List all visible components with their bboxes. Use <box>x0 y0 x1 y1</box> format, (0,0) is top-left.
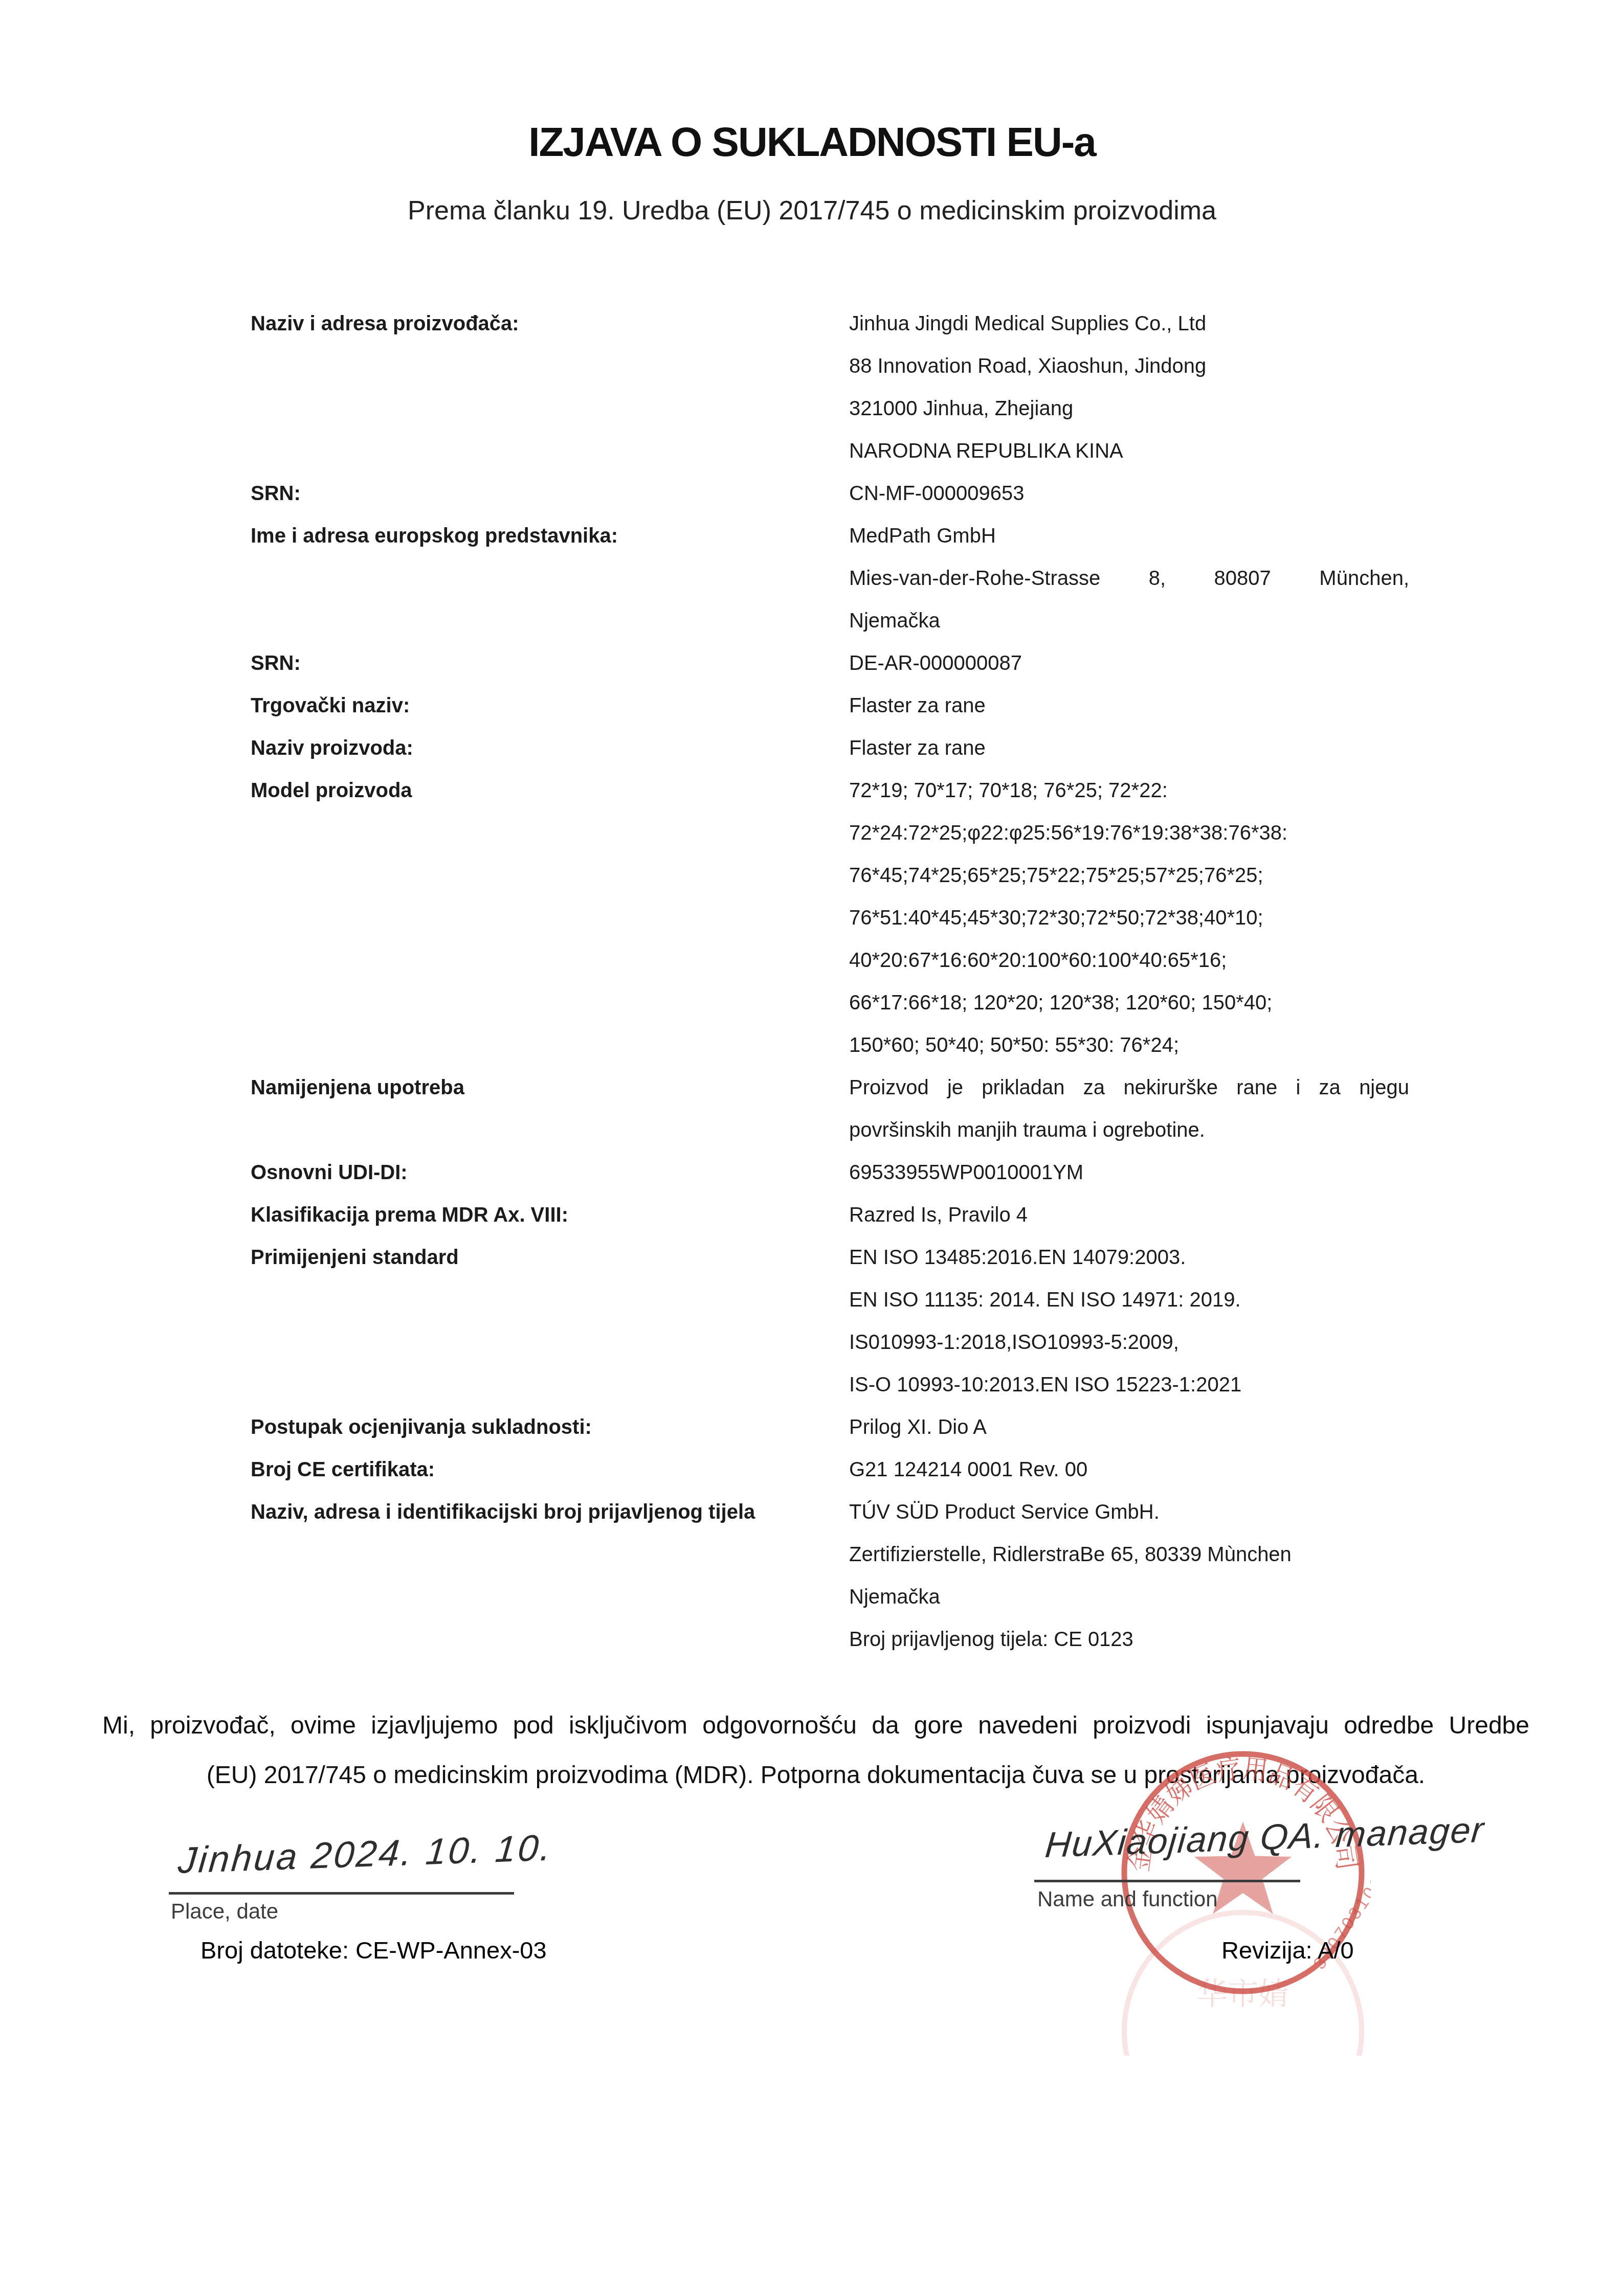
field-value-line: CN-MF-000009653 <box>849 472 1409 515</box>
field-values: DE-AR-000000087 <box>849 642 1409 685</box>
field-values: 69533955WP0010001YM <box>849 1152 1409 1194</box>
field-label: Model proizvoda <box>251 770 849 812</box>
field-value-line: 40*20:67*16:60*20:100*60:100*40:65*16; <box>849 939 1409 982</box>
field-value-line: 66*17:66*18; 120*20; 120*38; 120*60; 150… <box>849 982 1409 1024</box>
field-values: MedPath GmbHMies-van-der-Rohe-Strasse 8,… <box>849 515 1409 642</box>
field-value-line: Mies-van-der-Rohe-Strasse 8, 80807 Münch… <box>849 557 1409 600</box>
field-value-line: EN ISO 11135: 2014. EN ISO 14971: 2019. <box>849 1279 1409 1321</box>
name-function-signature: HuXiaojiang QA. manager <box>1043 1809 1486 1865</box>
field-value-line: Prilog XI. Dio A <box>849 1406 1409 1449</box>
field-row: Naziv, adresa i identifikacijski broj pr… <box>251 1491 1409 1661</box>
field-values: Razred Is, Pravilo 4 <box>849 1194 1409 1236</box>
field-value-line: TÚV SÜD Product Service GmbH. <box>849 1491 1409 1534</box>
field-value-line: 76*51:40*45;45*30;72*30;72*50;72*38;40*1… <box>849 897 1409 939</box>
field-value-line: površinskih manjih trauma i ogrebotine. <box>849 1109 1409 1152</box>
field-label: SRN: <box>251 472 849 515</box>
field-label: Primijenjeni standard <box>251 1236 849 1279</box>
field-row: SRN:DE-AR-000000087 <box>251 642 1409 685</box>
field-row: Naziv i adresa proizvođača:Jinhua Jingdi… <box>251 303 1409 472</box>
field-value-line: Flaster za rane <box>849 685 1409 727</box>
field-value-line: Zertifizierstelle, RidlerstraBe 65, 8033… <box>849 1534 1409 1576</box>
field-row: SRN:CN-MF-000009653 <box>251 472 1409 515</box>
field-value-line: IS010993-1:2018,ISO10993-5:2009, <box>849 1321 1409 1364</box>
field-label: Namijenjena upotreba <box>251 1067 849 1109</box>
name-function-label: Name and function <box>1037 1887 1218 1911</box>
field-values: 72*19; 70*17; 70*18; 76*25; 72*22:72*24:… <box>849 770 1409 1067</box>
field-label: SRN: <box>251 642 849 685</box>
field-row: Ime i adresa europskog predstavnika:MedP… <box>251 515 1409 642</box>
field-label: Broj CE certifikata: <box>251 1449 849 1491</box>
field-label: Klasifikacija prema MDR Ax. VIII: <box>251 1194 849 1236</box>
field-label: Naziv, adresa i identifikacijski broj pr… <box>251 1491 849 1534</box>
signature-line-right <box>1034 1880 1300 1882</box>
field-label: Naziv i adresa proizvođača: <box>251 303 849 345</box>
field-value-line: Proizvod je prikladan za nekirurške rane… <box>849 1067 1409 1109</box>
page-subtitle: Prema članku 19. Uredba (EU) 2017/745 o … <box>0 195 1624 226</box>
field-value-line: Flaster za rane <box>849 727 1409 770</box>
place-date-signature: Jinhua 2024. 10. 10. <box>176 1827 554 1882</box>
field-label: Trgovački naziv: <box>251 685 849 727</box>
signature-line-left <box>169 1892 514 1895</box>
revision: Revizija: A/0 <box>1221 1936 1354 1964</box>
field-label: Postupak ocjenjivanja sukladnosti: <box>251 1406 849 1449</box>
field-value-line: 76*45;74*25;65*25;75*22;75*25;57*25;76*2… <box>849 854 1409 897</box>
place-date-label: Place, date <box>171 1899 278 1924</box>
field-values: CN-MF-000009653 <box>849 472 1409 515</box>
document-page: IZJAVA O SUKLADNOSTI EU-a Prema članku 1… <box>0 0 1624 2296</box>
field-values: Proizvod je prikladan za nekirurške rane… <box>849 1067 1409 1152</box>
field-value-line: G21 124214 0001 Rev. 00 <box>849 1449 1409 1491</box>
field-row: Broj CE certifikata:G21 124214 0001 Rev.… <box>251 1449 1409 1491</box>
field-values: TÚV SÜD Product Service GmbH.Zertifizier… <box>849 1491 1409 1661</box>
field-row: Model proizvoda72*19; 70*17; 70*18; 76*2… <box>251 770 1409 1067</box>
field-row: Primijenjeni standardEN ISO 13485:2016.E… <box>251 1236 1409 1406</box>
field-value-line: NARODNA REPUBLIKA KINA <box>849 430 1409 472</box>
field-label: Naziv proizvoda: <box>251 727 849 770</box>
field-value-line: 321000 Jinhua, Zhejiang <box>849 388 1409 430</box>
field-value-line: EN ISO 13485:2016.EN 14079:2003. <box>849 1236 1409 1279</box>
field-values: Flaster za rane <box>849 685 1409 727</box>
fields: Naziv i adresa proizvođača:Jinhua Jingdi… <box>251 303 1409 1661</box>
field-value-line: Njemačka <box>849 1576 1409 1618</box>
field-value-line: 150*60; 50*40; 50*50: 55*30: 76*24; <box>849 1024 1409 1067</box>
field-value-line: Razred Is, Pravilo 4 <box>849 1194 1409 1236</box>
field-value-line: Jinhua Jingdi Medical Supplies Co., Ltd <box>849 303 1409 345</box>
field-row: Namijenjena upotrebaProizvod je priklada… <box>251 1067 1409 1152</box>
file-number: Broj datoteke: CE-WP-Annex-03 <box>201 1936 547 1964</box>
field-value-line: Broj prijavljenog tijela: CE 0123 <box>849 1618 1409 1661</box>
field-value-line: MedPath GmbH <box>849 515 1409 557</box>
field-value-line: 72*24:72*25;φ22:φ25:56*19:76*19:38*38:76… <box>849 812 1409 854</box>
field-values: EN ISO 13485:2016.EN 14079:2003.EN ISO 1… <box>849 1236 1409 1406</box>
field-row: Naziv proizvoda:Flaster za rane <box>251 727 1409 770</box>
field-value-line: 69533955WP0010001YM <box>849 1152 1409 1194</box>
field-values: G21 124214 0001 Rev. 00 <box>849 1449 1409 1491</box>
field-value-line: 88 Innovation Road, Xiaoshun, Jindong <box>849 345 1409 388</box>
field-values: Prilog XI. Dio A <box>849 1406 1409 1449</box>
field-label: Osnovni UDI-DI: <box>251 1152 849 1194</box>
field-row: Klasifikacija prema MDR Ax. VIII:Razred … <box>251 1194 1409 1236</box>
field-value-line: DE-AR-000000087 <box>849 642 1409 685</box>
field-value-line: 72*19; 70*17; 70*18; 76*25; 72*22: <box>849 770 1409 812</box>
field-values: Jinhua Jingdi Medical Supplies Co., Ltd8… <box>849 303 1409 472</box>
page-title: IZJAVA O SUKLADNOSTI EU-a <box>0 0 1624 166</box>
field-value-line: Njemačka <box>849 600 1409 642</box>
field-value-line: IS-O 10993-10:2013.EN ISO 15223-1:2021 <box>849 1364 1409 1406</box>
field-values: Flaster za rane <box>849 727 1409 770</box>
field-row: Postupak ocjenjivanja sukladnosti:Prilog… <box>251 1406 1409 1449</box>
field-row: Trgovački naziv:Flaster za rane <box>251 685 1409 727</box>
field-label: Ime i adresa europskog predstavnika: <box>251 515 849 557</box>
field-row: Osnovni UDI-DI:69533955WP0010001YM <box>251 1152 1409 1194</box>
